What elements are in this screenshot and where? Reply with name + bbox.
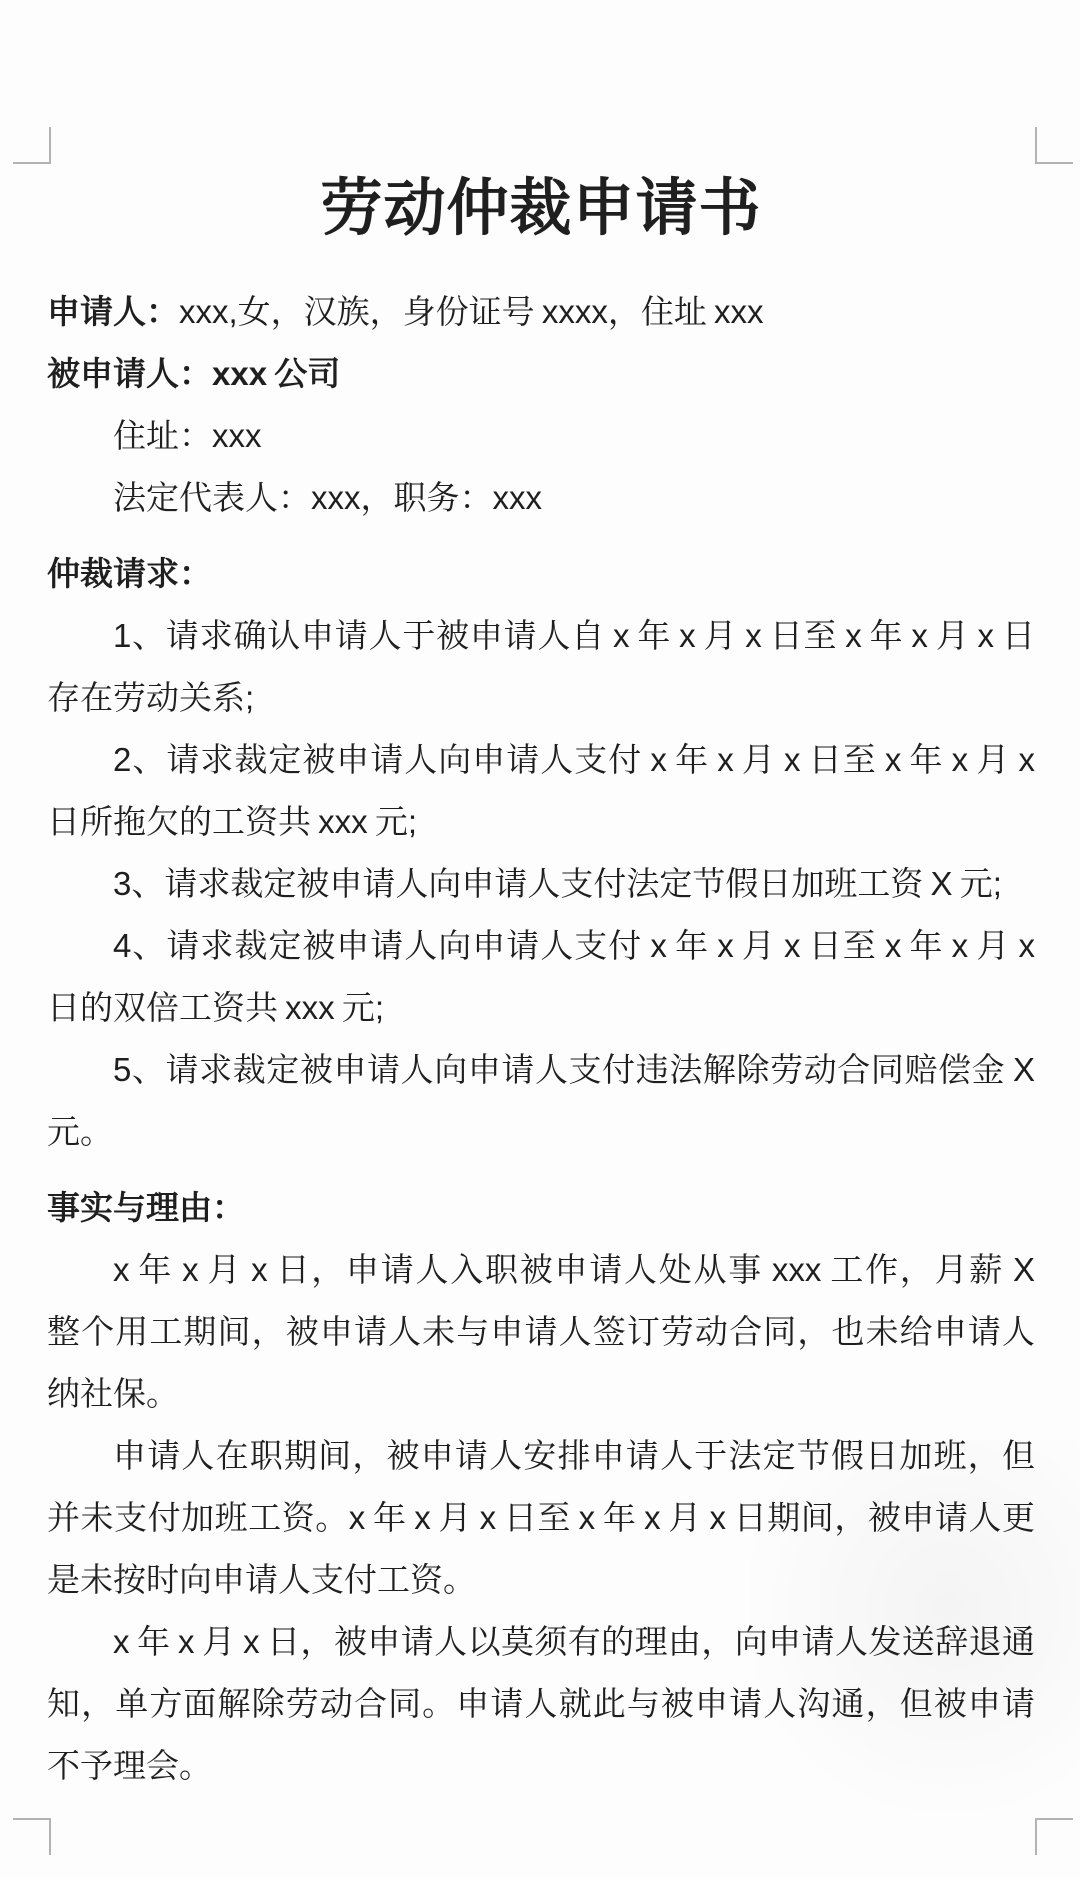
section-heading-text: 仲裁请求： — [47, 543, 1035, 605]
text-line: 并未支付加班工资。x 年 x 月 x 日至 x 年 x 月 x 日期间，被申请人… — [47, 1487, 1035, 1549]
text-line: 不予理会。 — [47, 1735, 1035, 1797]
paragraph: 住址：xxx — [47, 405, 1035, 467]
paragraph: 2、请求裁定被申请人向申请人支付 x 年 x 月 x 日至 x 年 x 月 x日… — [47, 729, 1035, 853]
margin-crop-mark-top-left — [13, 127, 51, 164]
paragraph: x 年 x 月 x 日，被申请人以莫须有的理由，向申请人发送辞退通知，单方面解除… — [47, 1611, 1035, 1797]
paragraph: 1、请求确认申请人于被申请人自 x 年 x 月 x 日至 x 年 x 月 x 日… — [47, 605, 1035, 729]
text-line: 2、请求裁定被申请人向申请人支付 x 年 x 月 x 日至 x 年 x 月 x — [47, 729, 1035, 791]
paragraph: 4、请求裁定被申请人向申请人支付 x 年 x 月 x 日至 x 年 x 月 x日… — [47, 915, 1035, 1039]
text-line: 申请人在职期间，被申请人安排申请人于法定节假日加班，但是 — [47, 1425, 1035, 1487]
section-heading-text: 事实与理由： — [47, 1177, 1035, 1239]
text-line: 1、请求确认申请人于被申请人自 x 年 x 月 x 日至 x 年 x 月 x 日 — [47, 605, 1035, 667]
text-line: 整个用工期间，被申请人未与申请人签订劳动合同，也未给申请人缴 — [47, 1301, 1035, 1363]
field-value: xxx 公司 — [212, 355, 340, 392]
text-line: 法定代表人：xxx，职务：xxx — [47, 467, 1035, 529]
text-line: x 年 x 月 x 日，申请人入职被申请人处从事 xxx 工作，月薪 X 元。 — [47, 1239, 1035, 1301]
page-title: 劳动仲裁申请书 — [47, 171, 1035, 247]
paragraph: 3、请求裁定被申请人向申请人支付法定节假日加班工资 X 元; — [47, 853, 1035, 915]
margin-crop-mark-bottom-right — [1035, 1818, 1073, 1855]
paragraph: 被申请人：xxx 公司 — [47, 343, 1035, 405]
margin-crop-mark-top-right — [1035, 127, 1073, 164]
paragraph: 申请人在职期间，被申请人安排申请人于法定节假日加班，但是并未支付加班工资。x 年… — [47, 1425, 1035, 1611]
paragraph: 申请人：xxx,女，汉族，身份证号 xxxx，住址 xxx — [47, 281, 1035, 343]
text-line: 3、请求裁定被申请人向申请人支付法定节假日加班工资 X 元; — [47, 853, 1035, 915]
text-line: 日的双倍工资共 xxx 元; — [47, 977, 1035, 1039]
field-label: 申请人： — [47, 293, 179, 330]
text-line: 4、请求裁定被申请人向申请人支付 x 年 x 月 x 日至 x 年 x 月 x — [47, 915, 1035, 977]
text-line: 纳社保。 — [47, 1363, 1035, 1425]
paragraph: 5、请求裁定被申请人向申请人支付违法解除劳动合同赔偿金 X元。 — [47, 1039, 1035, 1163]
text-line: 知，单方面解除劳动合同。申请人就此与被申请人沟通，但被申请人 — [47, 1673, 1035, 1735]
text-line: 是未按时向申请人支付工资。 — [47, 1549, 1035, 1611]
text-line: 申请人：xxx,女，汉族，身份证号 xxxx，住址 xxx — [47, 281, 1035, 343]
document: 劳动仲裁申请书 申请人：xxx,女，汉族，身份证号 xxxx，住址 xxx被申请… — [47, 171, 1035, 1797]
paragraph: x 年 x 月 x 日，申请人入职被申请人处从事 xxx 工作，月薪 X 元。整… — [47, 1239, 1035, 1425]
text-line: 被申请人：xxx 公司 — [47, 343, 1035, 405]
field-value: xxx,女，汉族，身份证号 xxxx，住址 xxx — [179, 293, 764, 330]
section-heading: 事实与理由： — [47, 1177, 1035, 1239]
document-body: 申请人：xxx,女，汉族，身份证号 xxxx，住址 xxx被申请人：xxx 公司… — [47, 281, 1035, 1797]
section-heading: 仲裁请求： — [47, 543, 1035, 605]
document-page: 劳动仲裁申请书 申请人：xxx,女，汉族，身份证号 xxxx，住址 xxx被申请… — [0, 0, 1080, 1879]
text-line: x 年 x 月 x 日，被申请人以莫须有的理由，向申请人发送辞退通 — [47, 1611, 1035, 1673]
margin-crop-mark-bottom-left — [13, 1818, 51, 1855]
paragraph: 法定代表人：xxx，职务：xxx — [47, 467, 1035, 529]
text-line: 元。 — [47, 1101, 1035, 1163]
text-line: 存在劳动关系; — [47, 667, 1035, 729]
field-label: 被申请人： — [47, 355, 212, 392]
text-line: 5、请求裁定被申请人向申请人支付违法解除劳动合同赔偿金 X — [47, 1039, 1035, 1101]
text-line: 日所拖欠的工资共 xxx 元; — [47, 791, 1035, 853]
text-line: 住址：xxx — [47, 405, 1035, 467]
